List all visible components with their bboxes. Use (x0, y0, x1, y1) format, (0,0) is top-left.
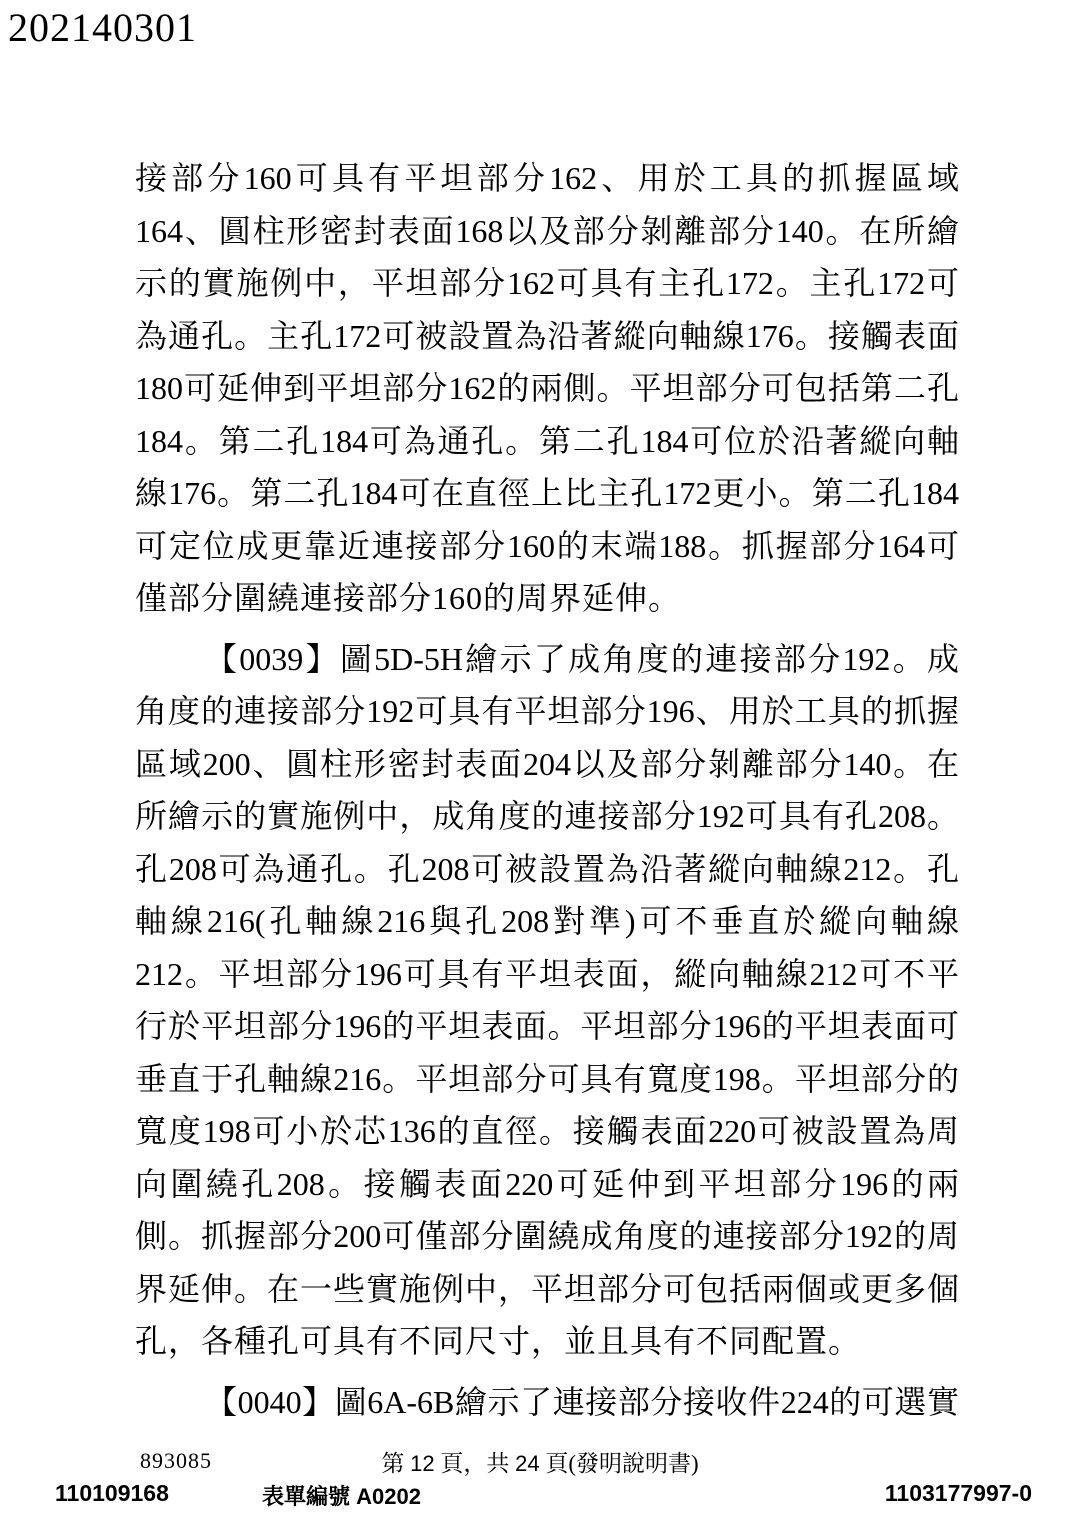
document-number: 1103177997-0 (885, 1480, 1032, 1507)
body-line: 可定位成更靠近連接部分160的末端188。抓握部分164可 (135, 520, 959, 573)
body-line: 線176。第二孔184可在直徑上比主孔172更小。第二孔184 (135, 467, 959, 520)
body-line: 區域200、圓柱形密封表面204以及部分剝離部分140。在 (135, 738, 959, 791)
body-line: 所繪示的實施例中，成角度的連接部分192可具有孔208。 (135, 790, 959, 843)
body-line: 164、圓柱形密封表面168以及部分剝離部分140。在所繪 (135, 205, 959, 258)
body-line: 孔，各種孔可具有不同尺寸，並且具有不同配置。 (135, 1315, 959, 1368)
page-info-prefix: 第 (381, 1451, 410, 1476)
publication-number: 202140301 (8, 4, 197, 51)
body-line: 184。第二孔184可為通孔。第二孔184可位於沿著縱向軸 (135, 415, 959, 468)
body-line: 孔208可為通孔。孔208可被設置為沿著縱向軸線212。孔 (135, 843, 959, 896)
body-line: 行於平坦部分196的平坦表面。平坦部分196的平坦表面可 (135, 1000, 959, 1053)
application-number: 110109168 (55, 1480, 169, 1507)
body-line: 212。平坦部分196可具有平坦表面，縱向軸線212可不平 (135, 948, 959, 1001)
page-info-suffix: 頁(發明說明書) (540, 1451, 699, 1476)
body-line: 示的實施例中，平坦部分162可具有主孔172。主孔172可 (135, 257, 959, 310)
body-line: 【0039】圖5D-5H繪示了成角度的連接部分192。成 (135, 633, 959, 686)
body-text: 接部分160可具有平坦部分162、用於工具的抓握區域164、圓柱形密封表面168… (135, 152, 959, 1428)
body-line: 寬度198可小於芯136的直徑。接觸表面220可被設置為周 (135, 1105, 959, 1158)
patent-document-page: 202140301 接部分160可具有平坦部分162、用於工具的抓握區域164、… (0, 0, 1080, 1526)
body-line: 180可延伸到平坦部分162的兩側。平坦部分可包括第二孔 (135, 362, 959, 415)
body-line: 界延伸。在一些實施例中，平坦部分可包括兩個或更多個 (135, 1263, 959, 1316)
body-line: 【0040】圖6A-6B繪示了連接部分接收件224的可選實 (135, 1376, 959, 1429)
form-number: 表單編號 A0202 (262, 1480, 421, 1511)
body-line: 側。抓握部分200可僅部分圍繞成角度的連接部分192的周 (135, 1210, 959, 1263)
current-page-number: 12 (410, 1451, 434, 1476)
body-line: 軸線216(孔軸線216與孔208對準)可不垂直於縱向軸線 (135, 895, 959, 948)
body-line: 僅部分圍繞連接部分160的周界延伸。 (135, 572, 959, 625)
body-line: 角度的連接部分192可具有平坦部分196、用於工具的抓握 (135, 685, 959, 738)
body-line: 接部分160可具有平坦部分162、用於工具的抓握區域 (135, 152, 959, 205)
body-line: 為通孔。主孔172可被設置為沿著縱向軸線176。接觸表面 (135, 310, 959, 363)
body-line: 向圍繞孔208。接觸表面220可延仲到平坦部分196的兩 (135, 1158, 959, 1211)
page-info: 第 12 頁，共 24 頁(發明說明書) (0, 1445, 1080, 1478)
page-info-middle: 頁，共 (435, 1451, 516, 1476)
body-line: 垂直于孔軸線216。平坦部分可具有寬度198。平坦部分的 (135, 1053, 959, 1106)
total-page-number: 24 (515, 1451, 539, 1476)
